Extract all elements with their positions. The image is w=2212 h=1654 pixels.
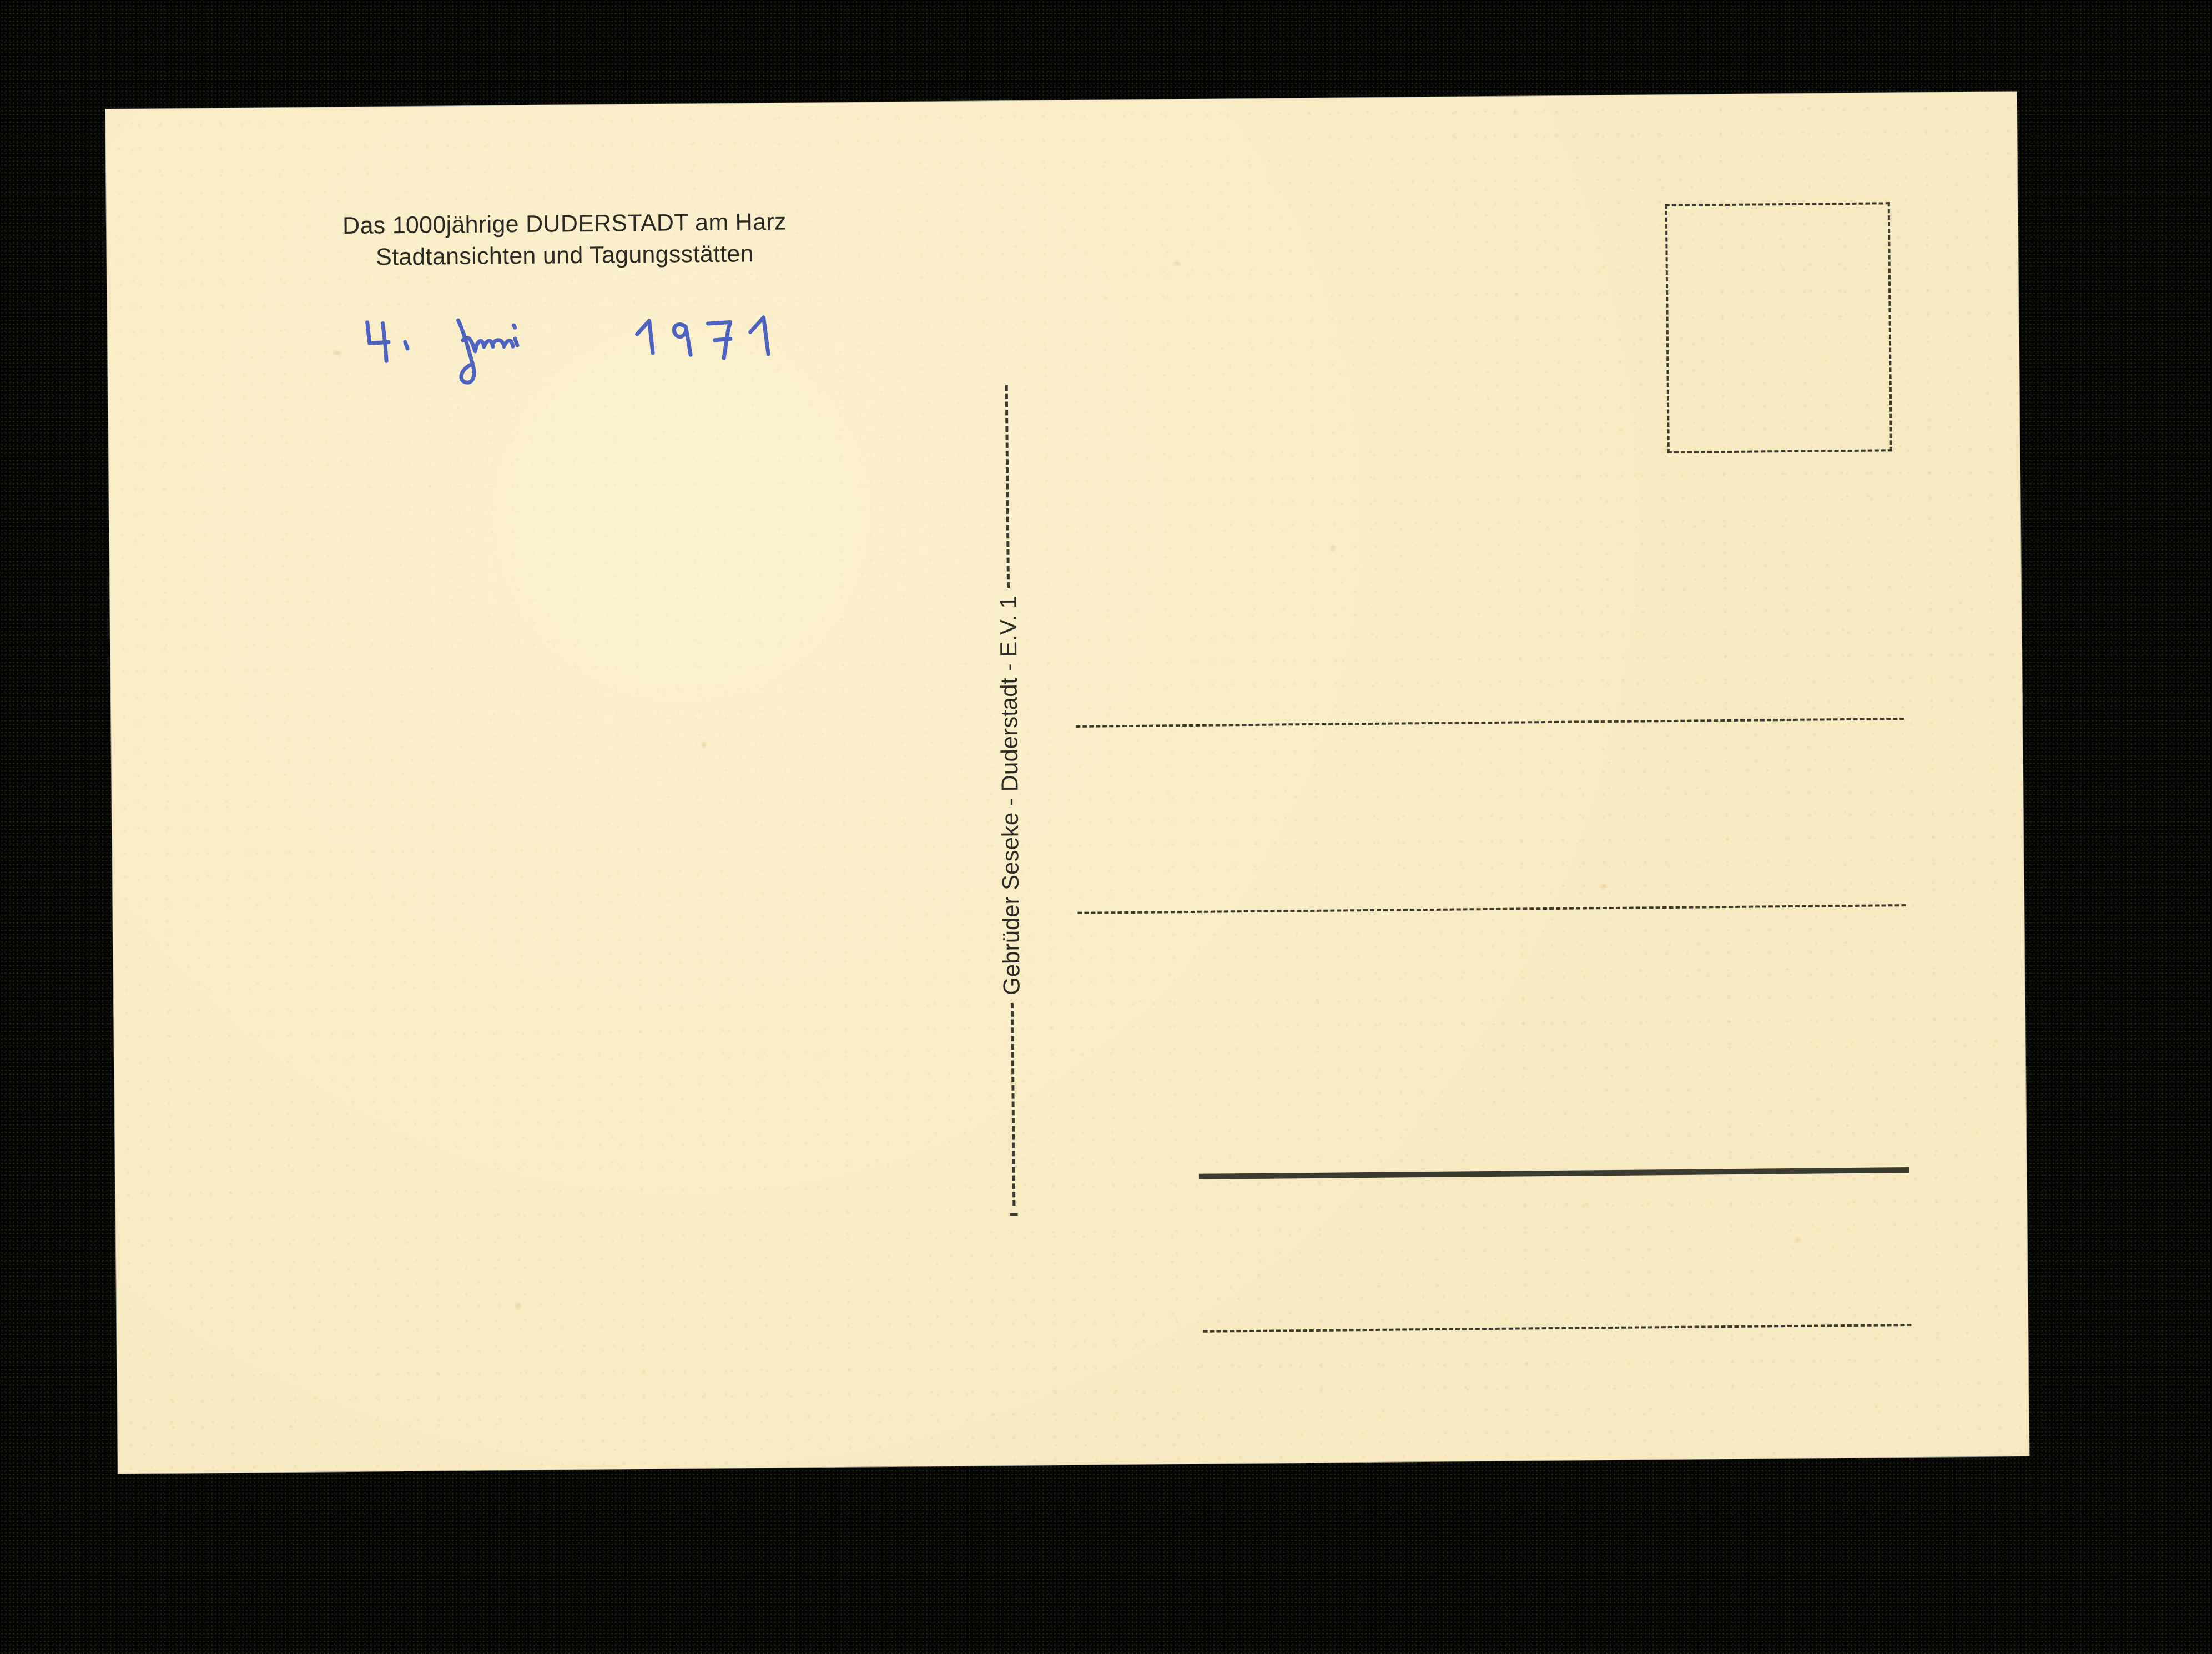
handwritten-date: 4. Juni 1971 bbox=[364, 307, 842, 389]
address-line-1 bbox=[1076, 718, 1904, 728]
imprint-line-cap bbox=[1010, 1213, 1017, 1216]
imprint-text: Gebrüder Seseke - Duderstadt - E.V. 1 bbox=[995, 596, 1025, 995]
card-heading: Das 1000jährige DUDERSTADT am Harz Stadt… bbox=[234, 205, 895, 275]
address-line-3-solid bbox=[1199, 1167, 1909, 1179]
handwriting-strokes-icon bbox=[364, 307, 842, 389]
imprint-dashed-rule-left bbox=[1010, 1003, 1015, 1206]
imprint-dashed-rule-right bbox=[1005, 385, 1009, 588]
postcard-back: Das 1000jährige DUDERSTADT am Harz Stadt… bbox=[105, 92, 2029, 1474]
scanner-background: Das 1000jährige DUDERSTADT am Harz Stadt… bbox=[0, 0, 2212, 1654]
address-line-2 bbox=[1077, 904, 1906, 914]
publisher-imprint: Gebrüder Seseke - Duderstadt - E.V. 1 bbox=[991, 377, 1030, 1216]
stamp-placeholder-box bbox=[1665, 202, 1892, 453]
heading-line-2: Stadtansichten und Tagungsstätten bbox=[234, 237, 895, 275]
address-line-4 bbox=[1203, 1324, 1911, 1333]
